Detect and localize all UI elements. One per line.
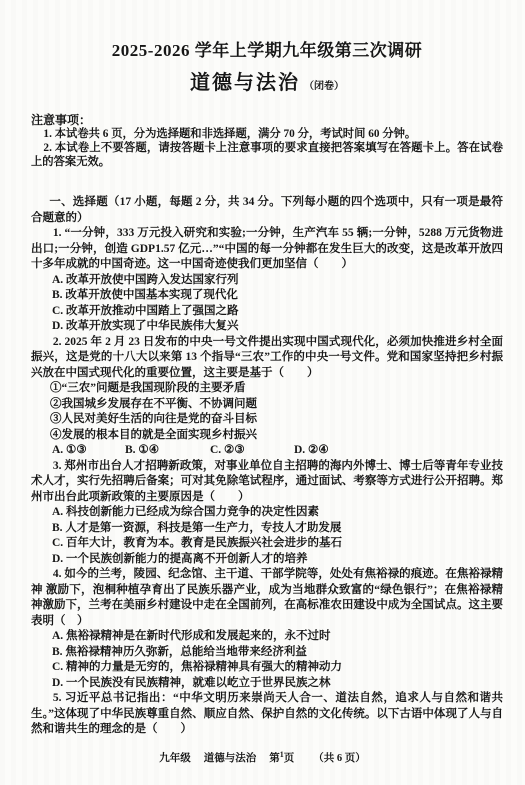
- notice-item-1: 1. 本试卷共 6 页，分为选择题和非选择题，满分 70 分，考试时间 60 分…: [31, 127, 503, 141]
- question-1-option-b: B. 改革开放使中国基本实现了现代化: [52, 288, 503, 304]
- notice-item-2: 2. 本试卷上不要答题，请按答题卡上注意事项的要求直接把答案填写在答题卡上。答在…: [31, 141, 503, 169]
- question-2-option-c: C. ②③: [210, 443, 294, 459]
- footer-page-suffix: 页: [284, 753, 295, 764]
- question-2-option-b: B. ①④: [125, 443, 210, 459]
- page-subtitle: 道德与法治（闭卷）: [31, 66, 503, 95]
- question-1-option-c: C. 改革开放推动中国踏上了强国之路: [52, 304, 503, 320]
- question-2-option-d: D. ②④: [294, 443, 503, 459]
- subject-title: 道德与法治: [190, 72, 300, 94]
- question-4-option-d: D. 一个民族没有民族精神，就难以屹立于世界民族之林: [52, 676, 503, 692]
- question-2-statement-4: ④发展的根本目的就是全面实现乡村振兴: [50, 428, 503, 444]
- footer-subject: 道德与法治: [204, 753, 257, 764]
- question-1-option-a: A. 改革开放使中国跨入发达国家行列: [52, 273, 503, 289]
- question-1-stem: 1. “一分钟，333 万元投入研究和实验;一分钟，生产汽车 55 辆;一分钟，…: [31, 226, 503, 273]
- exam-paper-page: 2025-2026 学年上学期九年级第三次调研 道德与法治（闭卷） 注意事项： …: [0, 0, 525, 785]
- question-3-option-a: A. 科技创新能力已经成为综合国力竞争的决定性因素: [52, 505, 503, 521]
- page-footer: 九年级道德与法治第1页（共 6 页）: [0, 750, 525, 765]
- question-2-statement-3: ③人民对美好生活的向往是党的奋斗目标: [50, 412, 503, 428]
- notice-block: 注意事项： 1. 本试卷共 6 页，分为选择题和非选择题，满分 70 分，考试时…: [31, 113, 503, 169]
- subject-closed-book-note: （闭卷）: [304, 81, 344, 92]
- question-3-option-b: B. 人才是第一资源，科技是第一生产力，专技人才助发展: [52, 521, 503, 537]
- question-5-stem: 5. 习近平总书记指出：“中华文明历来崇尚天人合一、道法自然，追求人与自然和谐共…: [31, 691, 503, 738]
- question-2-options-row: A. ①③ B. ①④ C. ②③ D. ②④: [52, 443, 503, 459]
- question-2-statement-1: ①“三农”问题是我国现阶段的主要矛盾: [50, 381, 503, 397]
- question-4-option-c: C. 精神的力量是无穷的，焦裕禄精神具有强大的精神动力: [52, 660, 503, 676]
- question-1-option-d: D. 改革开放实现了中华民族伟大复兴: [52, 319, 503, 335]
- footer-page-indicator: 第1页: [269, 753, 294, 764]
- section-heading: 一、选择题（17 小题，每题 2 分，共 34 分。下列每小题的四个选项中，只有…: [31, 195, 503, 226]
- question-3-option-c: C. 百年大计，教育为本。教育是民族振兴社会进步的基石: [52, 536, 503, 552]
- question-4-option-a: A. 焦裕禄精神是在新时代形成和发展起来的，永不过时: [52, 629, 503, 645]
- section-title: 一、选择题: [49, 196, 108, 208]
- question-3-stem: 3. 郑州市出台人才招聘新政策，对事业单位自主招聘的海内外博士、博士后等青年专业…: [31, 459, 503, 506]
- question-4-option-b: B. 焦裕禄精神历久弥新，总能给当地带来经济利益: [52, 645, 503, 661]
- footer-total-pages: （共 6 页）: [313, 753, 366, 764]
- question-2-option-a: A. ①③: [52, 443, 125, 459]
- question-2-statement-2: ②我国城乡发展存在不平衡、不协调问题: [50, 397, 503, 413]
- footer-page-prefix: 第: [269, 753, 280, 764]
- notice-heading: 注意事项：: [31, 113, 503, 127]
- question-3-option-d: D. 一个民族创新能力的提高离不开创新人才的培养: [52, 552, 503, 568]
- footer-grade: 九年级: [159, 753, 191, 764]
- question-2-stem: 2. 2025 年 2 月 23 日发布的中央一号文件提出实现中国式现代化，必须…: [31, 335, 503, 382]
- page-title: 2025-2026 学年上学期九年级第三次调研: [31, 36, 503, 61]
- question-4-stem: 4. 如今的兰考，陵园、纪念馆、主干道、干部学院等，处处有焦裕禄的痕迹。在焦裕禄…: [31, 567, 503, 629]
